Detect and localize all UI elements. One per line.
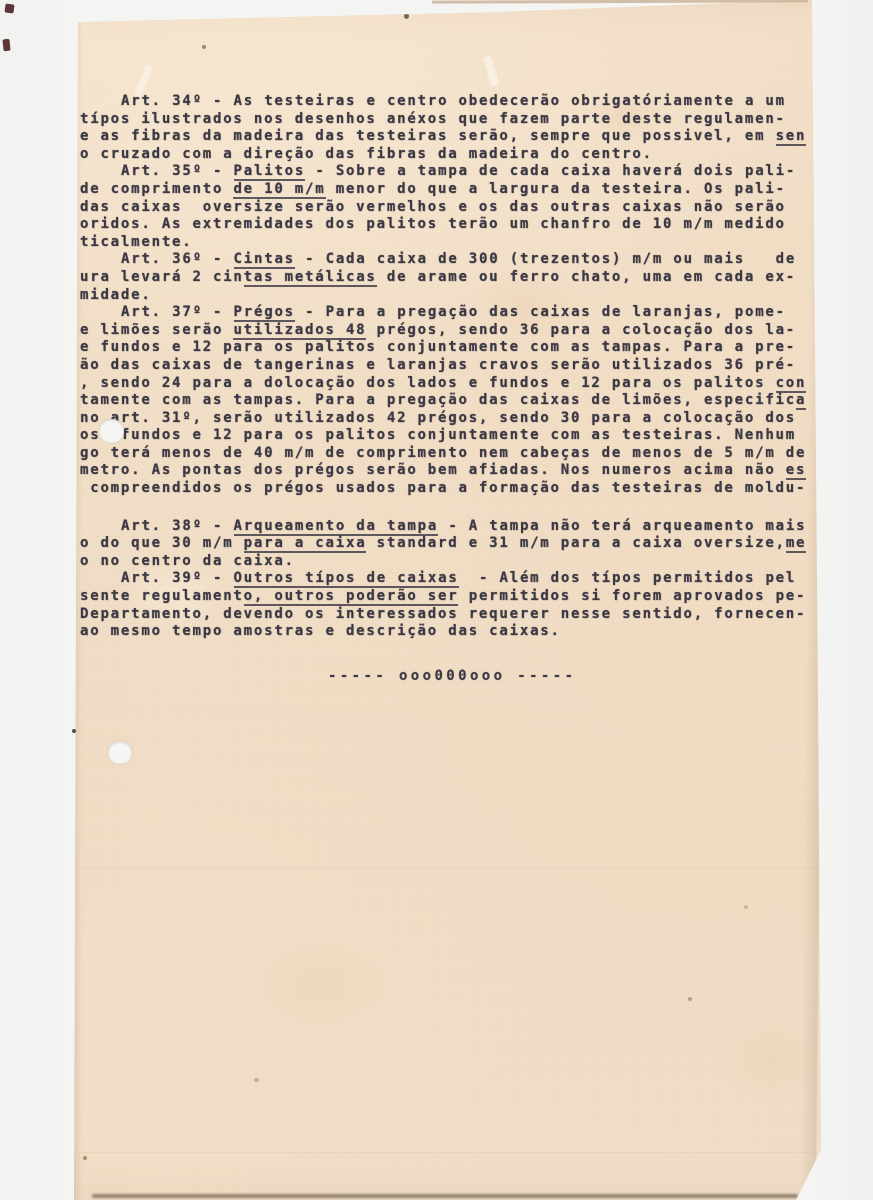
text-segment: Departamento, devendo os interessados re… (80, 606, 806, 622)
text-segment: ão das caixas de tangerinas e laranjas c… (80, 357, 796, 373)
text-line: Art. 34º - As testeiras e centro obedece… (80, 93, 840, 111)
text-line: típos ilustrados nos desenhos anéxos que… (80, 111, 840, 129)
paper-speck (72, 729, 76, 733)
text-segment: e limões serão (80, 322, 233, 338)
text-segment: midade. (80, 287, 152, 303)
text-line: Art. 36º - Cintas - Cada caixa de 300 (t… (80, 251, 840, 269)
text-segment: - Para a pregação das caixas de laranjas… (295, 304, 786, 320)
text-segment: de comprimento (80, 181, 233, 197)
text-segment: - Cada caixa de 300 (trezentos) m/m ou m… (295, 251, 796, 267)
document-page: Art. 34º - As testeiras e centro obedece… (0, 0, 873, 1200)
paper-crease (78, 1152, 818, 1154)
underlined-text: sen (776, 128, 807, 146)
text-segment: Art. 35º - (121, 163, 234, 179)
text-segment: go terá menos de 40 m/m de comprimento n… (80, 445, 806, 461)
text-segment: e fundos e 12 para os palitos conjuntame… (80, 339, 796, 355)
text-segment: Art. 37º - (121, 304, 234, 320)
paper-speck (202, 45, 206, 49)
text-line: o cruzado com a direção das fibras da ma… (80, 146, 840, 164)
text-segment: - A tampa não terá arqueamento mais (438, 518, 806, 534)
text-line: ão das caixas de tangerinas e laranjas c… (80, 357, 840, 375)
text-line: midade. (80, 287, 840, 305)
text-line: Art. 38º - Arqueamento da tampa - A tamp… (80, 518, 840, 536)
corner-mark (4, 3, 14, 13)
text-line: Art. 39º - Outros típos de caixas - Além… (80, 570, 840, 588)
text-segment: Art. 34º - As testeiras e centro obedece… (121, 93, 786, 109)
underlined-text: Palitos (234, 163, 306, 181)
text-segment: prégos, sendo 36 para a colocação dos la… (366, 322, 796, 338)
paper-speck (404, 13, 409, 19)
text-segment: o no centro da caixa. (80, 553, 295, 569)
underlined-text: Arqueamento da tampa (234, 518, 439, 536)
underlined-text: tas metálicas (244, 269, 377, 287)
text-segment: e as fibras da madeira das testeiras ser… (80, 128, 776, 144)
text-line: de comprimento de 10 m/m menor do que a … (80, 181, 840, 199)
text-line: no art. 31º, serão utilizados 42 prégos,… (80, 410, 840, 428)
text-line: ticalmente. (80, 234, 840, 252)
text-segment: permitidos si forem aprovados pe- (458, 588, 806, 604)
text-line: Departamento, devendo os interessados re… (80, 606, 840, 624)
text-line: compreendidos os prégos usados para a fo… (80, 480, 840, 498)
text-segment: de arame ou ferro chato, uma em cada ex- (377, 269, 796, 285)
text-segment: oridos. As extremidades dos palitos terã… (80, 216, 786, 232)
document-text: Art. 34º - As testeiras e centro obedece… (80, 93, 840, 641)
text-segment: Art. 39º - (121, 570, 234, 586)
text-line: metro. As pontas dos prégos serão bem af… (80, 462, 840, 480)
text-segment: metro. As pontas dos prégos serão bem af… (80, 462, 786, 478)
underlined-text: me (786, 535, 806, 553)
underlined-text: a (796, 392, 806, 410)
text-segment: - Além dos típos permitidos pel (459, 570, 797, 586)
text-segment: compreendidos os prégos usados para a fo… (80, 480, 806, 496)
text-segment: Art. 38º - (121, 518, 234, 534)
text-line: e limões serão utilizados 48 prégos, sen… (80, 322, 840, 340)
text-line: Art. 35º - Palitos - Sobre a tampa de ca… (80, 163, 840, 181)
text-segment: os fundos e 12 para os palitos conjuntam… (80, 427, 796, 443)
paper-speck (688, 997, 692, 1001)
text-segment: menor do que a largura da testeira. Os p… (326, 181, 786, 197)
text-line: , sendo 24 para a dolocação dos lados e … (80, 375, 840, 393)
text-segment: - Sobre a tampa de cada caixa haverá doi… (305, 163, 796, 179)
paper-stain (250, 940, 390, 1030)
corner-mark (2, 39, 10, 52)
text-segment: sente regulament (80, 588, 244, 604)
underlined-text: con (776, 375, 807, 393)
text-line: o do que 30 m/m para a caixa standard e … (80, 535, 840, 553)
text-segment: tamente com as tampas. Para a pregação d… (80, 392, 796, 408)
underlined-text: de 10 m/m (233, 181, 325, 199)
text-segment: no art. 31º, serão utilizados 42 prégos,… (80, 410, 796, 426)
underlined-text: Prégos (234, 304, 295, 322)
text-line: Art. 37º - Prégos - Para a pregação das … (80, 304, 840, 322)
text-line: sente regulamento, outros poderão ser pe… (80, 588, 840, 606)
text-segment: o do que 30 m/m (80, 535, 244, 551)
scanned-document: Art. 34º - As testeiras e centro obedece… (0, 0, 873, 1200)
underlined-text: es (786, 462, 806, 480)
text-line: ao mesmo tempo amostras e descrição das … (80, 623, 840, 641)
paper-speck (254, 1078, 259, 1082)
underlined-text: Cintas (234, 251, 295, 269)
text-segment: ura levará 2 cin (80, 269, 244, 285)
underlined-text: o, outros poderão ser (244, 588, 459, 606)
text-segment: ticalmente. (80, 234, 193, 250)
text-line: ura levará 2 cintas metálicas de arame o… (80, 269, 840, 287)
text-segment: o cruzado com a direção das fibras da ma… (80, 146, 653, 162)
end-separator: ----- ooo000ooo ----- (328, 668, 576, 684)
text-line: os fundos e 12 para os palitos conjuntam… (80, 427, 840, 445)
text-line: tamente com as tampas. Para a pregação d… (80, 392, 840, 410)
text-segment: ao mesmo tempo amostras e descrição das … (80, 623, 561, 639)
text-segment: das caixas oversize serão vermelhos e os… (80, 199, 786, 215)
text-segment: típos ilustrados nos desenhos anéxos que… (80, 111, 786, 127)
paper-speck (819, 140, 824, 145)
underlined-text: utilizados 48 (233, 322, 366, 340)
text-line: o no centro da caixa. (80, 553, 840, 571)
paper-speck (83, 1156, 87, 1160)
text-line: e as fibras da madeira das testeiras ser… (80, 128, 840, 146)
paper-speck (744, 905, 748, 909)
punch-hole (99, 419, 124, 443)
text-segment: , sendo 24 para a dolocação dos lados e … (80, 375, 776, 391)
text-segment: standard e 31 m/m para a caixa oversize, (366, 535, 785, 551)
underlined-text: Outros típos de caixas (234, 570, 459, 588)
punch-hole (108, 741, 132, 764)
paper-crease (78, 868, 820, 870)
text-line: das caixas oversize serão vermelhos e os… (80, 199, 840, 217)
text-line: e fundos e 12 para os palitos conjuntame… (80, 339, 840, 357)
text-line: go terá menos de 40 m/m de comprimento n… (80, 445, 840, 463)
underlined-text: para a caixa (244, 535, 367, 553)
text-line: oridos. As extremidades dos palitos terã… (80, 216, 840, 234)
text-segment: Art. 36º - (121, 251, 234, 267)
scan-bottom-shadow (92, 1194, 798, 1198)
